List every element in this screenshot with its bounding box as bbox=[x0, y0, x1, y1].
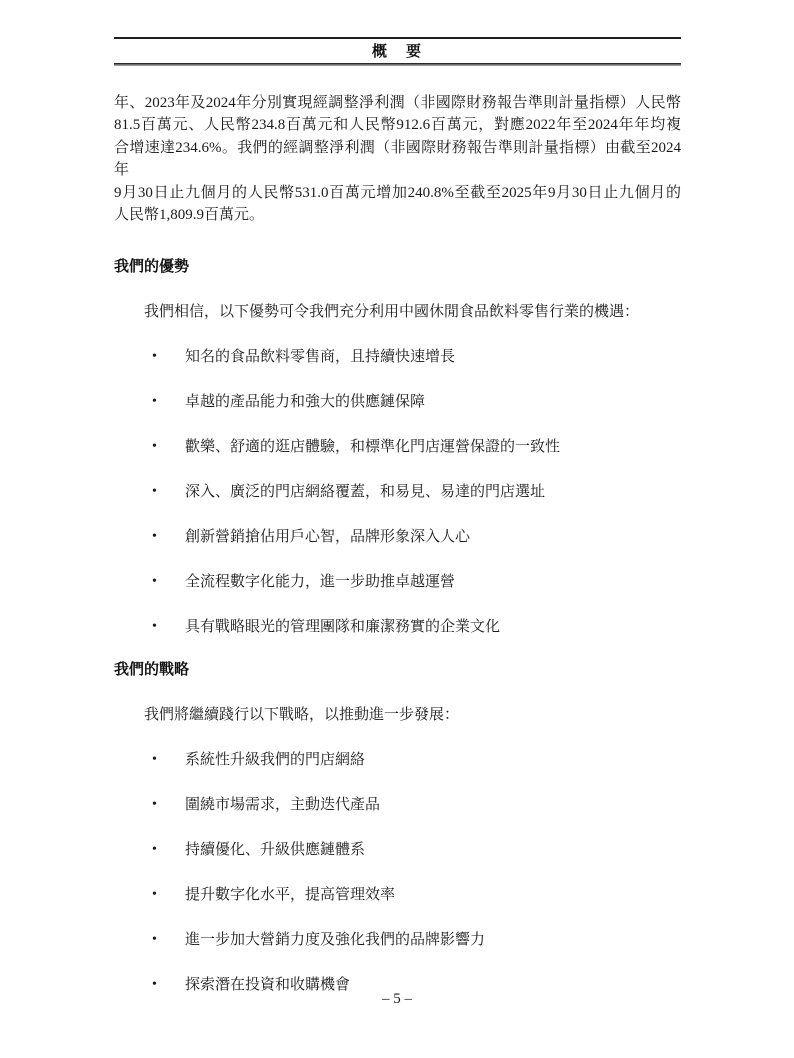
paragraph-line: 合增速達234.6%。我們的經調整淨利潤（非國際財務報告準則計量指標）由截至20… bbox=[114, 137, 681, 182]
bullet-icon: • bbox=[152, 929, 157, 951]
section-heading-strategies: 我們的戰略 bbox=[114, 659, 681, 681]
bullet-icon: • bbox=[152, 794, 157, 816]
paragraph-line: 年、2023年及2024年分別實現經調整淨利潤（非國際財務報告準則計量指標）人民… bbox=[114, 92, 681, 114]
strategies-bullet-list: • 系統性升級我們的門店網絡 • 圍繞市場需求，主動迭代產品 • 持續優化、升級… bbox=[114, 749, 681, 996]
bullet-text: 圍繞市場需求，主動迭代產品 bbox=[185, 797, 380, 813]
section-heading-strengths: 我們的優勢 bbox=[114, 256, 681, 278]
bullet-text: 進一步加大營銷力度及強化我們的品牌影響力 bbox=[185, 932, 485, 948]
strengths-bullet-list: • 知名的食品飲料零售商，且持續快速增長 • 卓越的產品能力和強大的供應鏈保障 … bbox=[114, 346, 681, 638]
paragraph-line: 81.5百萬元、人民幣234.8百萬元和人民幣912.6百萬元，對應2022年至… bbox=[114, 114, 681, 136]
bullet-text: 卓越的產品能力和強大的供應鏈保障 bbox=[185, 394, 425, 410]
bullet-icon: • bbox=[152, 526, 157, 548]
bullet-item: • 提升數字化水平，提高管理效率 bbox=[114, 884, 681, 906]
bullet-text: 系統性升級我們的門店網絡 bbox=[185, 752, 365, 768]
section-intro-strategies: 我們將繼續踐行以下戰略，以推動進一步發展： bbox=[114, 704, 681, 726]
header-rule-bottom bbox=[114, 63, 681, 66]
document-page: 概 要 年、2023年及2024年分別實現經調整淨利潤（非國際財務報告準則計量指… bbox=[114, 37, 681, 996]
bullet-item: • 具有戰略眼光的管理團隊和廉潔務實的企業文化 bbox=[114, 616, 681, 638]
bullet-icon: • bbox=[152, 481, 157, 503]
bullet-text: 創新營銷搶佔用戶心智，品牌形象深入人心 bbox=[185, 529, 470, 545]
bullet-item: • 知名的食品飲料零售商，且持續快速增長 bbox=[114, 346, 681, 368]
bullet-item: • 全流程數字化能力，進一步助推卓越運營 bbox=[114, 571, 681, 593]
bullet-text: 知名的食品飲料零售商，且持續快速增長 bbox=[185, 349, 455, 365]
section-intro-strengths: 我們相信，以下優勢可令我們充分利用中國休閒食品飲料零售行業的機遇： bbox=[114, 301, 681, 323]
bullet-icon: • bbox=[152, 391, 157, 413]
bullet-icon: • bbox=[152, 884, 157, 906]
bullet-item: • 進一步加大營銷力度及強化我們的品牌影響力 bbox=[114, 929, 681, 951]
bullet-item: • 創新營銷搶佔用戶心智，品牌形象深入人心 bbox=[114, 526, 681, 548]
bullet-icon: • bbox=[152, 839, 157, 861]
bullet-icon: • bbox=[152, 571, 157, 593]
body-paragraph: 年、2023年及2024年分別實現經調整淨利潤（非國際財務報告準則計量指標）人民… bbox=[114, 92, 681, 226]
bullet-item: • 系統性升級我們的門店網絡 bbox=[114, 749, 681, 771]
bullet-text: 深入、廣泛的門店網絡覆蓋，和易見、易達的門店選址 bbox=[185, 484, 545, 500]
bullet-text: 提升數字化水平，提高管理效率 bbox=[185, 887, 395, 903]
bullet-icon: • bbox=[152, 346, 157, 368]
bullet-text: 持續優化、升級供應鏈體系 bbox=[185, 842, 365, 858]
bullet-icon: • bbox=[152, 436, 157, 458]
bullet-icon: • bbox=[152, 749, 157, 771]
bullet-item: • 深入、廣泛的門店網絡覆蓋，和易見、易達的門店選址 bbox=[114, 481, 681, 503]
bullet-text: 歡樂、舒適的逛店體驗，和標準化門店運營保證的一致性 bbox=[185, 439, 560, 455]
bullet-item: • 圍繞市場需求，主動迭代產品 bbox=[114, 794, 681, 816]
bullet-text: 具有戰略眼光的管理團隊和廉潔務實的企業文化 bbox=[185, 619, 500, 635]
bullet-text: 全流程數字化能力，進一步助推卓越運營 bbox=[185, 574, 455, 590]
paragraph-line: 人民幣1,809.9百萬元。 bbox=[114, 204, 681, 226]
paragraph-line: 9月30日止九個月的人民幣531.0百萬元增加240.8%至截至2025年9月3… bbox=[114, 182, 681, 204]
page-header-title: 概 要 bbox=[114, 39, 681, 63]
page-number: – 5 – bbox=[0, 989, 794, 1009]
bullet-item: • 持續優化、升級供應鏈體系 bbox=[114, 839, 681, 861]
bullet-icon: • bbox=[152, 616, 157, 638]
bullet-item: • 卓越的產品能力和強大的供應鏈保障 bbox=[114, 391, 681, 413]
bullet-item: • 歡樂、舒適的逛店體驗，和標準化門店運營保證的一致性 bbox=[114, 436, 681, 458]
